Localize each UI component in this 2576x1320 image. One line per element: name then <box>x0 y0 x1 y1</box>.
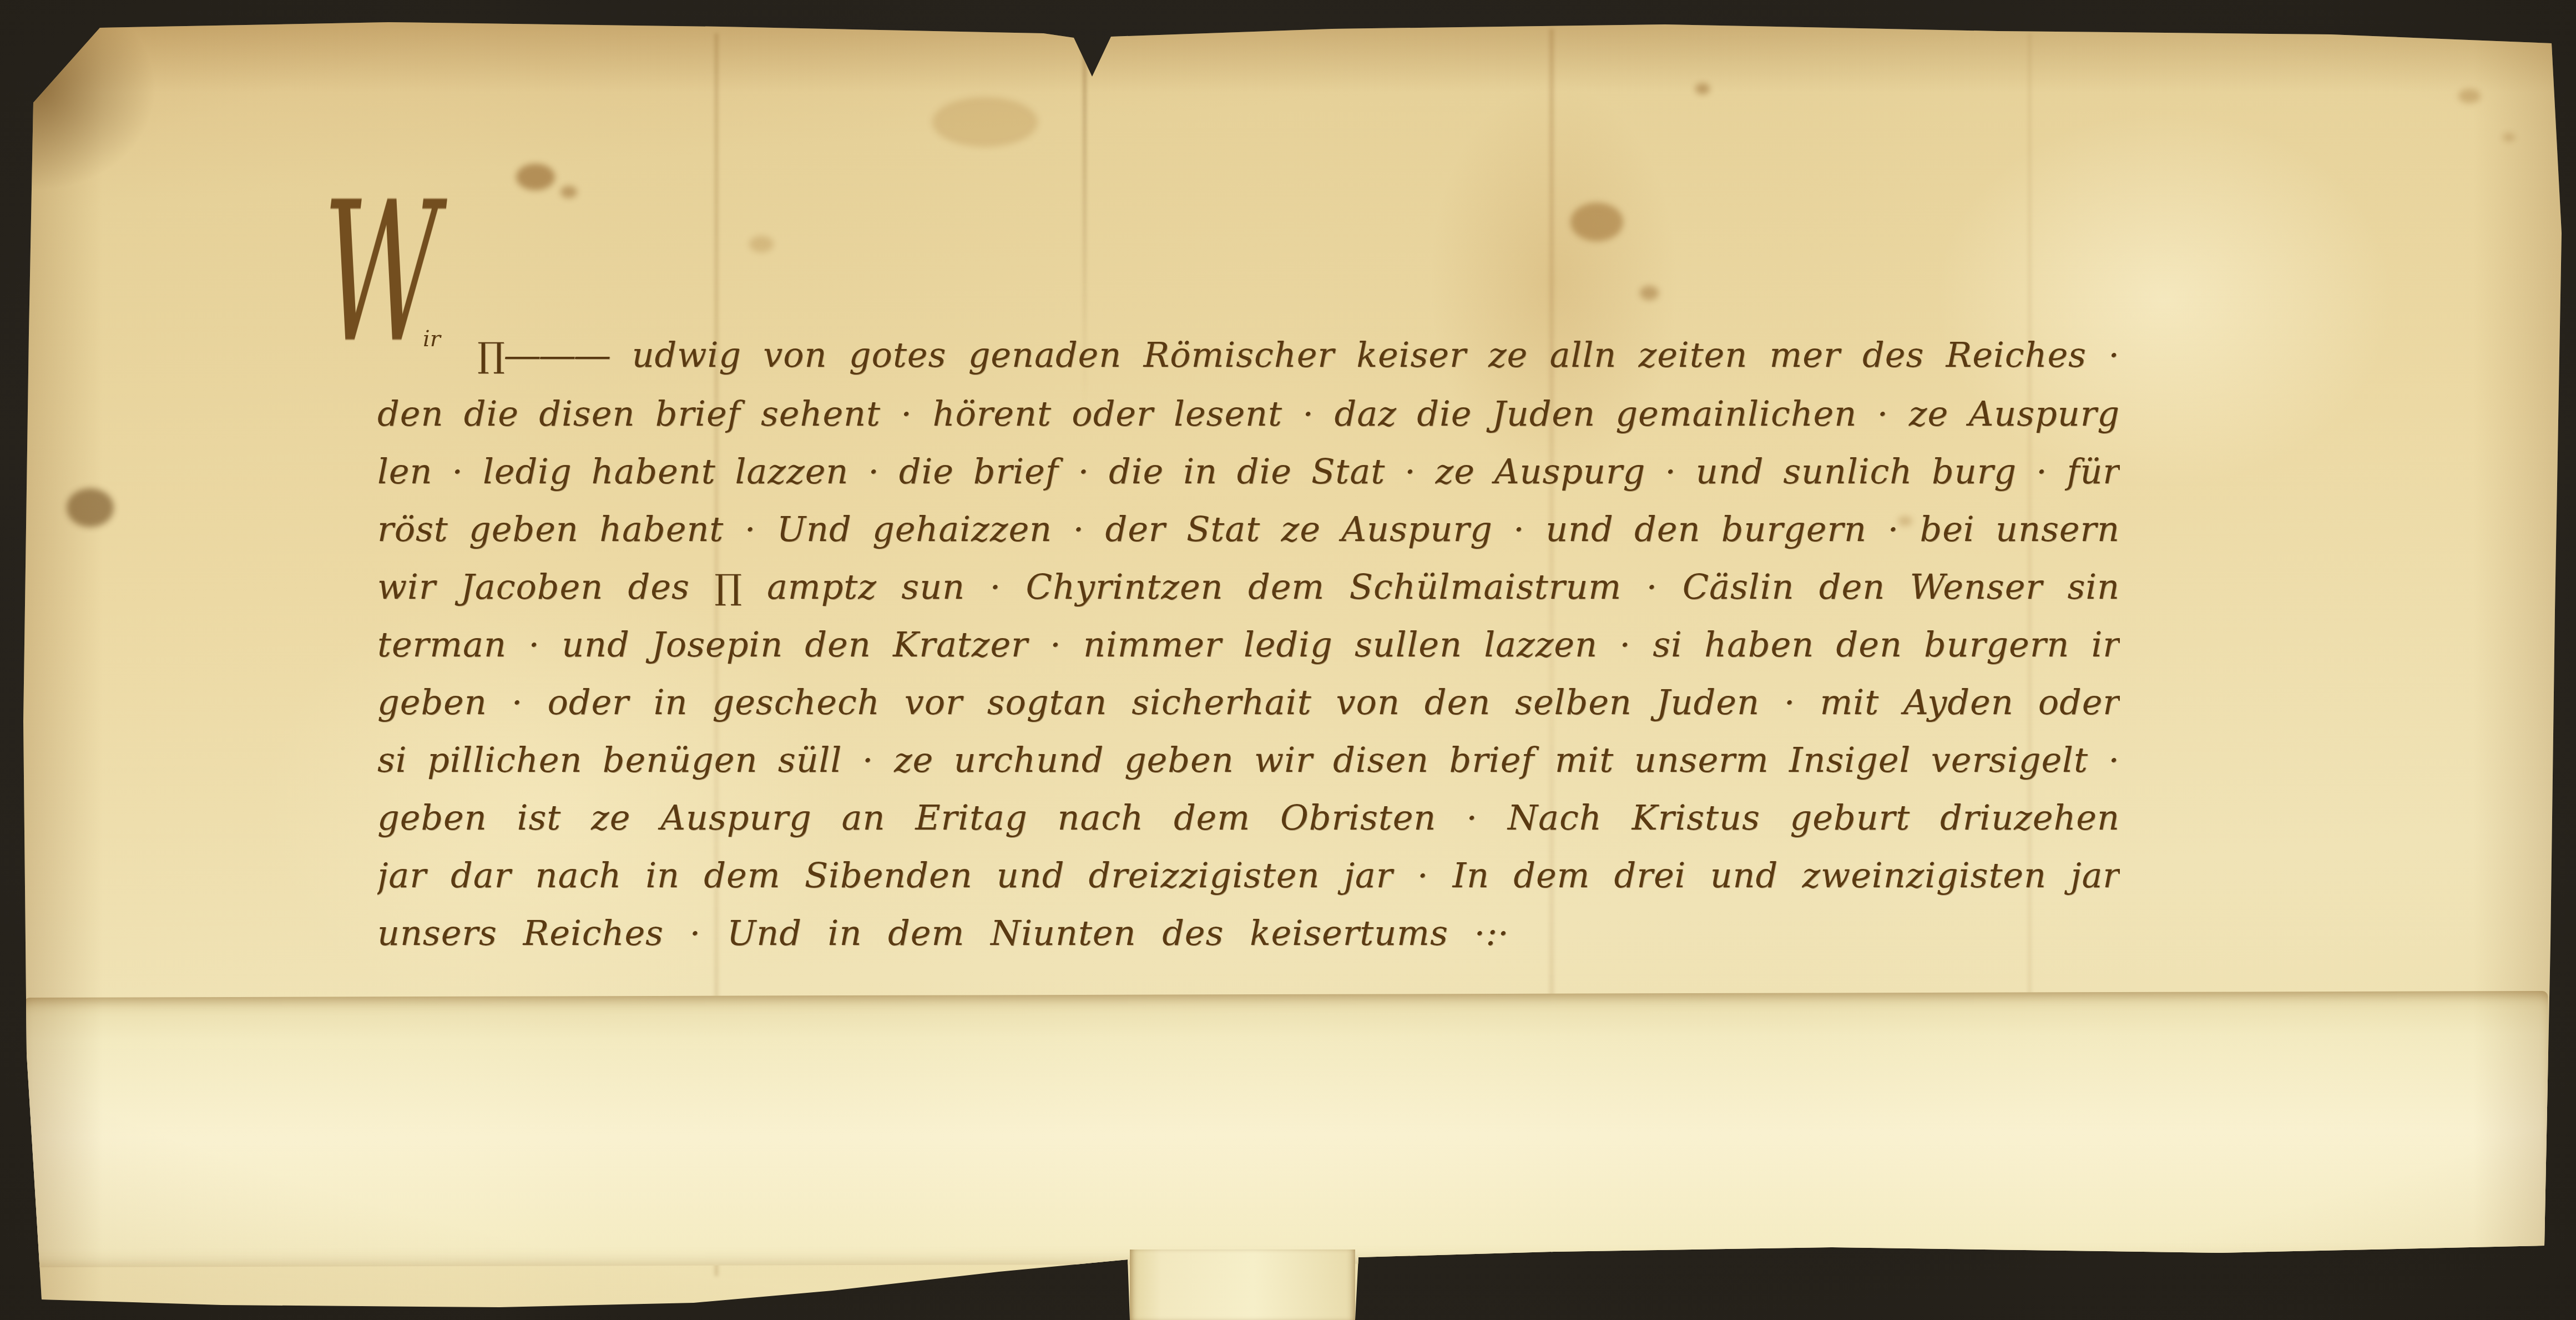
stain-spot <box>560 186 577 198</box>
drop-cap-gloss: ir <box>423 326 441 352</box>
text-line-8: si pillichen benügen süll · ze urchund g… <box>377 731 2120 789</box>
parchment-sheet: W ir ∏――― udwig von gotes genaden Römisc… <box>0 0 2576 1320</box>
text-line-7: geben · oder in geschech vor sogtan sich… <box>377 674 2120 731</box>
stain-spot <box>1640 286 1659 300</box>
text-line-5: wir Jacoben des ∏ amptz sun · Chyrintzen… <box>377 558 2120 616</box>
stain-spot <box>1695 83 1710 94</box>
text-line-1: ∏――― udwig von gotes genaden Römischer k… <box>477 326 2120 384</box>
stain-spot <box>516 164 555 190</box>
stain-spot <box>2503 133 2515 141</box>
text-line-4: röst geben habent · Und gehaizzen · der … <box>377 500 2120 558</box>
text-line-9: geben ist ze Auspurg an Eritag nach dem … <box>377 789 2120 847</box>
text-line-10: jar dar nach in dem Sibenden und dreizzi… <box>377 847 2120 904</box>
stain-spot <box>2458 89 2481 103</box>
text-block: den die disen brief sehent · hörent oder… <box>377 385 2120 962</box>
stain-smudge <box>932 97 1038 147</box>
photo-background: { "colors": { "background": "#242019", "… <box>0 0 2576 1320</box>
text-line-11: unsers Reiches · Und in dem Niunten des … <box>377 904 2120 962</box>
stain-spot <box>1570 203 1623 241</box>
text-line-2: den die disen brief sehent · hörent oder… <box>377 385 2120 443</box>
stain-spot <box>749 236 774 252</box>
text-line-3: len · ledig habent lazzen · die brief · … <box>377 443 2120 500</box>
text-line-6: terman · und Josepin den Kratzer · nimme… <box>377 616 2120 674</box>
seal-tag <box>1130 1250 1355 1320</box>
plica-fold <box>24 991 2548 1267</box>
stain-spot <box>67 488 114 527</box>
photo-canvas: W ir ∏――― udwig von gotes genaden Römisc… <box>0 0 2576 1320</box>
drop-cap-initial: W <box>323 176 440 370</box>
